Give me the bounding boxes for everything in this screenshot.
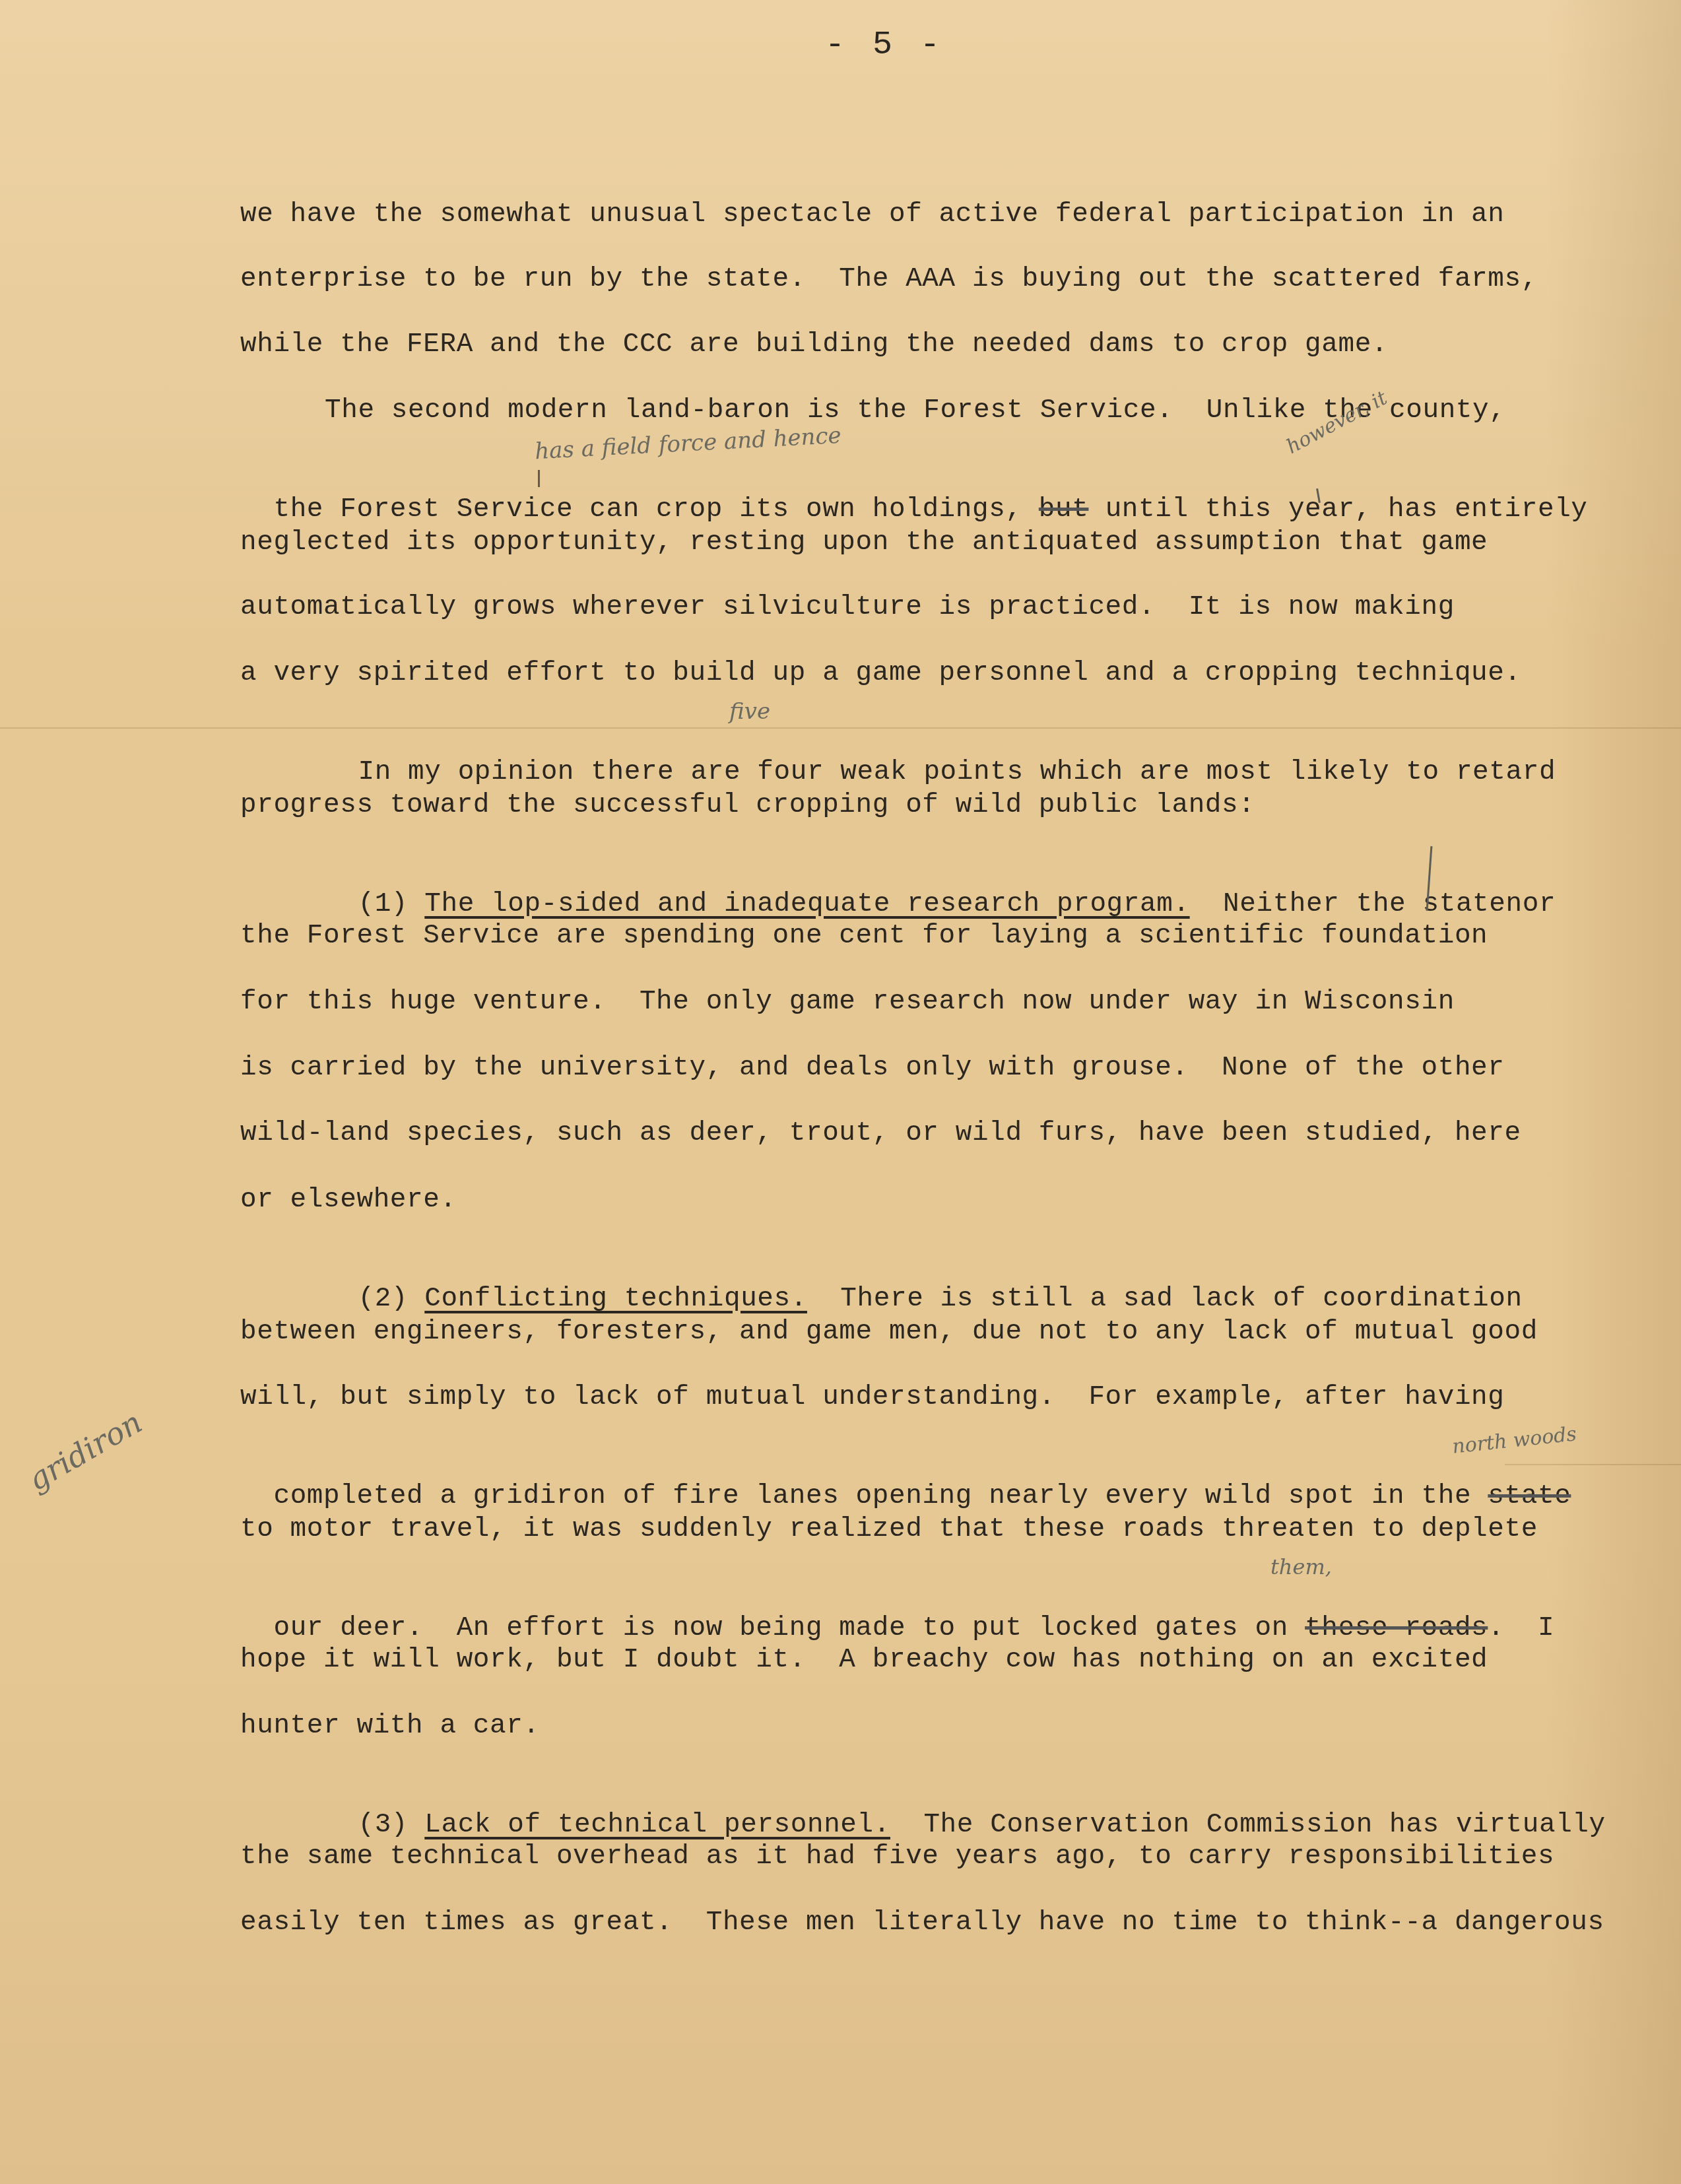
text-segment: the Forest Service can crop its own hold…: [273, 494, 1038, 525]
numbered-point-2: (2) Conflicting techniques. There is sti…: [325, 1249, 1523, 1315]
handwritten-insertion: them,: [1270, 1554, 1332, 1579]
text-segment: until this year, has entirely: [1088, 494, 1587, 525]
text-line: automatically grows wherever silvicultur…: [240, 591, 1455, 624]
point-heading: Lack of technical personnel.: [424, 1810, 890, 1840]
text-line: enterprise to be run by the state. The A…: [240, 263, 1538, 296]
handwritten-correction: five: [729, 698, 770, 725]
text-line: to motor travel, it was suddenly realize…: [240, 1513, 1538, 1546]
text-segment: There is still a sad lack of coordinatio…: [807, 1284, 1523, 1314]
margin-note: gridiron: [22, 1404, 148, 1498]
point-number: (1): [358, 889, 424, 919]
text-segment: our deer. An effort is now being made to…: [273, 1613, 1305, 1643]
text-line: hope it will work, but I doubt it. A bre…: [240, 1643, 1488, 1676]
text-line: a very spirited effort to build up a gam…: [240, 657, 1521, 690]
point-number: (3): [358, 1810, 424, 1840]
text-segment: weak points which are most likely to ret…: [824, 757, 1556, 787]
text-line: wild-land species, such as deer, trout, …: [240, 1117, 1521, 1150]
text-line-edited: the Forest Service can crop its own hold…: [240, 460, 1588, 526]
text-line: is carried by the university, and deals …: [240, 1051, 1505, 1084]
paper-fold: [1505, 1464, 1681, 1465]
point-heading: The lop-sided and inadequate research pr…: [424, 889, 1189, 919]
text-line: for this huge venture. The only game res…: [240, 985, 1455, 1018]
text-line: while the FERA and the CCC are building …: [240, 328, 1388, 361]
text-line: between engineers, foresters, and game m…: [240, 1315, 1538, 1348]
struck-word: state: [1488, 1481, 1571, 1511]
text-line: or elsewhere.: [240, 1183, 457, 1216]
numbered-point-1: (1) The lop-sided and inadequate researc…: [325, 855, 1556, 921]
text-line: neglected its opportunity, resting upon …: [240, 526, 1488, 559]
struck-word: these roads: [1305, 1613, 1488, 1643]
text-line-edited: In my opinion there are four weak points…: [325, 723, 1556, 789]
paper-fold: [0, 727, 1681, 729]
text-segment: completed a gridiron of fire lanes openi…: [273, 1481, 1488, 1511]
point-heading: Conflicting techniques.: [424, 1284, 807, 1314]
corrected-word: four: [757, 757, 824, 787]
text-line: the same technical overhead as it had fi…: [240, 1840, 1554, 1873]
text-line-edited: completed a gridiron of fire lanes openi…: [240, 1447, 1571, 1513]
text-segment: In my opinion there are: [358, 757, 757, 787]
text-line: progress toward the successful cropping …: [240, 789, 1255, 822]
text-line: hunter with a car.: [240, 1709, 540, 1742]
text-line: easily ten times as great. These men lit…: [240, 1906, 1604, 1939]
page-number: - 5 -: [825, 26, 944, 64]
text-line: will, but simply to lack of mutual under…: [240, 1381, 1505, 1414]
numbered-point-3: (3) Lack of technical personnel. The Con…: [325, 1775, 1606, 1841]
text-line: the Forest Service are spending one cent…: [240, 919, 1488, 952]
text-line-edited: our deer. An effort is now being made to…: [240, 1579, 1554, 1645]
caret-mark: [538, 470, 540, 487]
handwritten-insertion: has a field force and hence: [534, 422, 841, 465]
text-segment: Neither the statenor: [1190, 889, 1556, 919]
text-segment: The Conservation Commission has virtuall…: [890, 1810, 1606, 1840]
text-line: we have the somewhat unusual spectacle o…: [240, 198, 1505, 231]
text-segment: . I: [1488, 1613, 1554, 1643]
point-number: (2): [358, 1284, 424, 1314]
struck-word: but: [1039, 494, 1089, 525]
